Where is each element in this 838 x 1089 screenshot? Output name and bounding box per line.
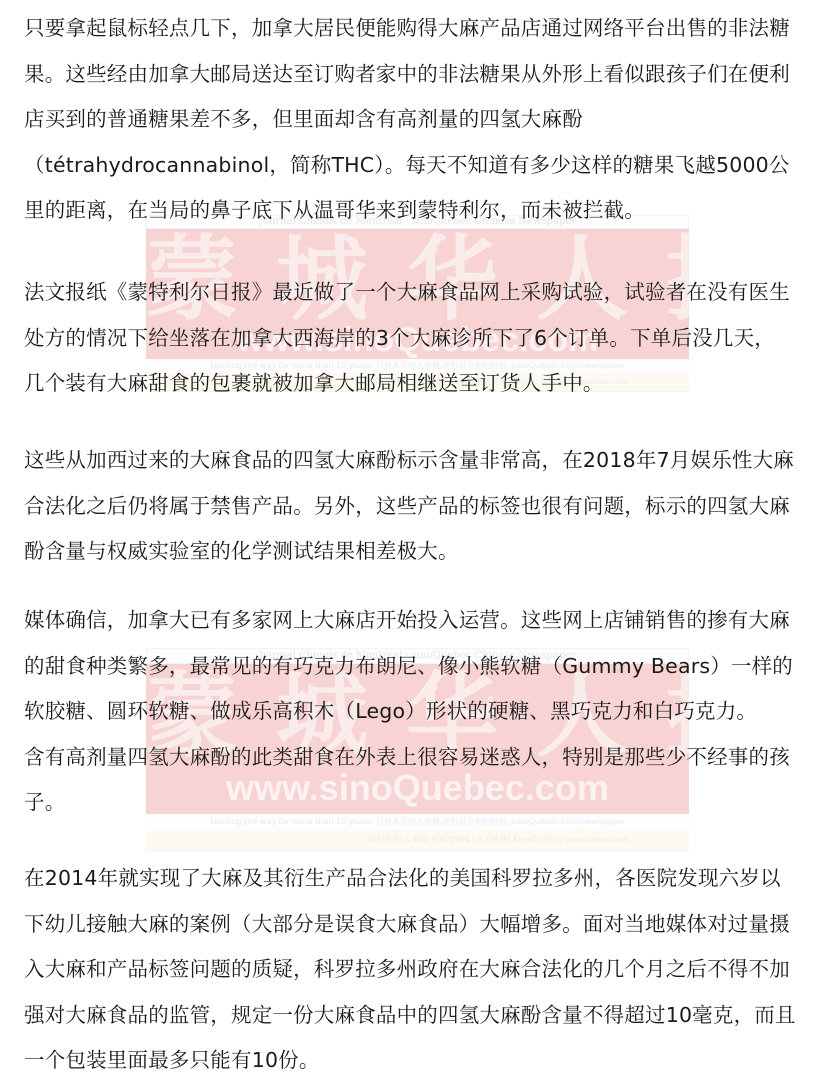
article-paragraph: 这些从加西过来的大麻食品的四氢大麻酚标示含量非常高，在2018年7月娱乐性大麻合…	[24, 438, 814, 575]
paragraph-line: 只要拿起鼠标轻点几下，加拿大居民便能购得大麻产品店通过网络平台出售的非法糖	[24, 6, 814, 52]
paragraph-line: 几个装有大麻甜食的包裹就被加拿大邮局相继送至订货人手中。	[24, 361, 814, 407]
article-paragraph: 在2014年就实现了大麻及其衍生产品合法化的美国科罗拉多州，各医院发现六岁以下幼…	[24, 856, 814, 1084]
paragraph-line: 合法化之后仍将属于禁售产品。另外，这些产品的标签也很有问题，标示的四氢大麻	[24, 484, 814, 530]
paragraph-line: 法文报纸《蒙特利尔日报》最近做了一个大麻食品网上采购试验，试验者在没有医生	[24, 270, 814, 316]
article-paragraph: 法文报纸《蒙特利尔日报》最近做了一个大麻食品网上采购试验，试验者在没有医生处方的…	[24, 270, 814, 407]
paragraph-line: 里的距离，在当局的鼻子底下从温哥华来到蒙特利尔，而未被拦截。	[24, 188, 814, 234]
paragraph-line: 的甜食种类繁多，最常见的有巧克力布朗尼、像小熊软糖（Gummy Bears）一样…	[24, 644, 814, 690]
article-paragraph: 只要拿起鼠标轻点几下，加拿大居民便能购得大麻产品店通过网络平台出售的非法糖果。这…	[24, 6, 814, 234]
paragraph-line: 软胶糖、圆环软糖、做成乐高积木（Lego）形状的硬糖、黑巧克力和白巧克力。	[24, 689, 814, 735]
paragraph-line: 下幼儿接触大麻的案例（大部分是误食大麻食品）大幅增多。面对当地媒体对过量摄	[24, 902, 814, 948]
paragraph-line: 一个包装里面最多只能有10份。	[24, 1038, 814, 1084]
paragraph-line: 处方的情况下给坐落在加拿大西海岸的3个大麻诊所下了6个订单。下单后没几天，	[24, 316, 814, 362]
article-paragraph: 媒体确信，加拿大已有多家网上大麻店开始投入运营。这些网上店铺销售的掺有大麻的甜食…	[24, 598, 814, 826]
paragraph-line: 果。这些经由加拿大邮局送达至订购者家中的非法糖果从外形上看似跟孩子们在便利	[24, 52, 814, 98]
paragraph-line: 店买到的普通糖果差不多，但里面却含有高剂量的四氢大麻酚	[24, 97, 814, 143]
paragraph-line: 子。	[24, 780, 814, 826]
watermark-contact: 电话/传真: 1-800-906-5996 (北美免费) Email: info…	[146, 830, 689, 851]
paragraph-line: 强对大麻食品的监管，规定一份大麻食品中的四氢大麻酚含量不得超过10毫克，而且	[24, 993, 814, 1039]
paragraph-line: （tétrahydrocannabinol，简称THC）。每天不知道有多少这样的…	[24, 143, 814, 189]
paragraph-line: 媒体确信，加拿大已有多家网上大麻店开始投入运营。这些网上店铺销售的掺有大麻	[24, 598, 814, 644]
paragraph-line: 含有高剂量四氢大麻酚的此类甜食在外表上很容易迷惑人，特别是那些少不经事的孩	[24, 735, 814, 781]
paragraph-line: 在2014年就实现了大麻及其衍生产品合法化的美国科罗拉多州，各医院发现六岁以	[24, 856, 814, 902]
paragraph-line: 这些从加西过来的大麻食品的四氢大麻酚标示含量非常高，在2018年7月娱乐性大麻	[24, 438, 814, 484]
paragraph-line: 酚含量与权威实验室的化学测试结果相差极大。	[24, 529, 814, 575]
paragraph-line: 入大麻和产品标签问题的质疑，科罗拉多州政府在大麻合法化的几个月之后不得不加	[24, 947, 814, 993]
